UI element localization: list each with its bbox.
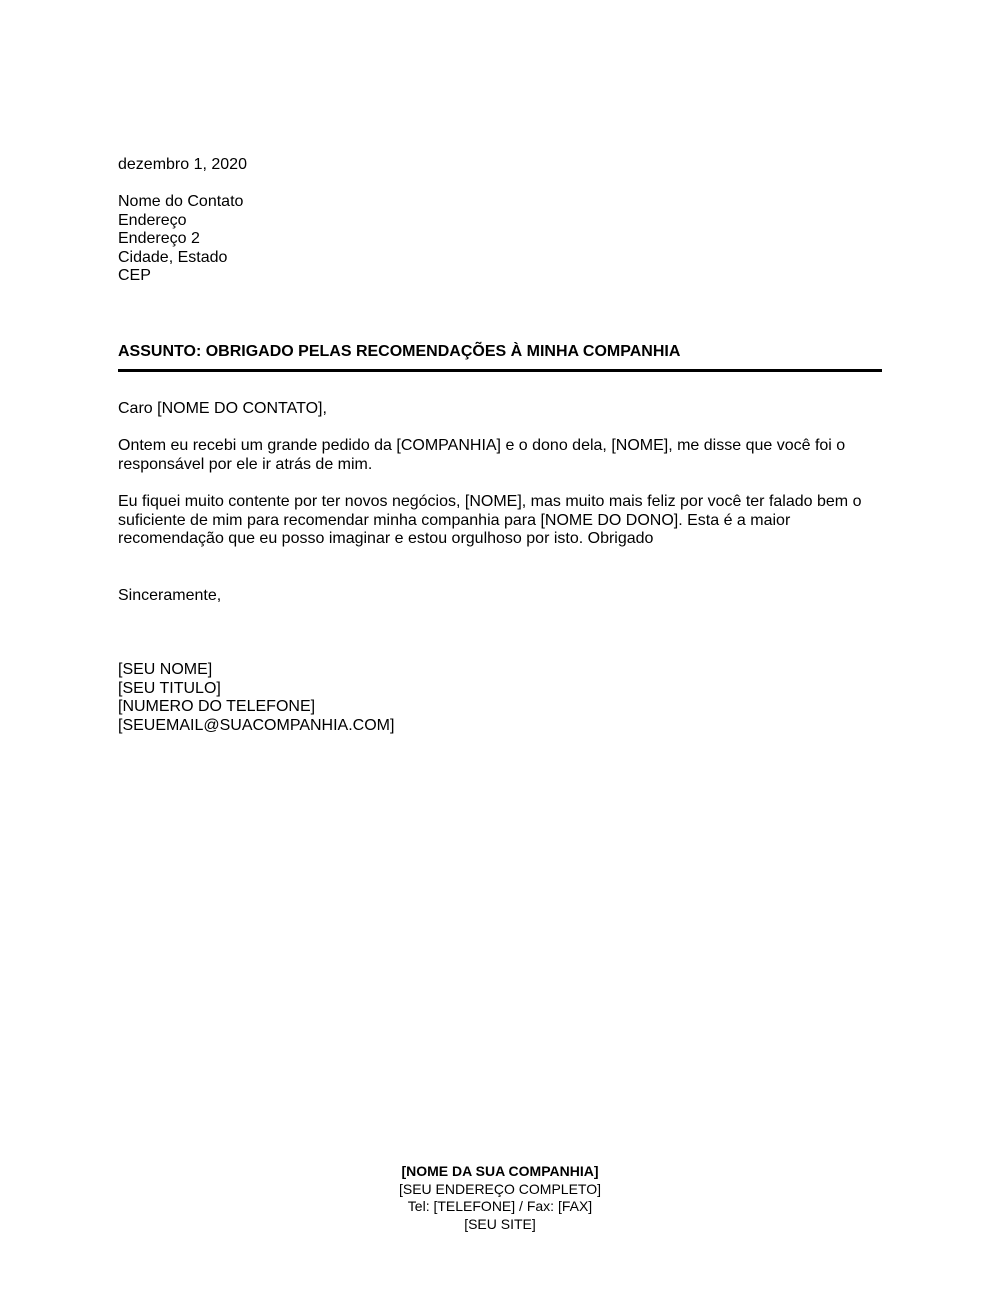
sender-name: [SEU NOME] xyxy=(118,661,394,680)
recipient-name: Nome do Contato xyxy=(118,193,243,212)
footer-contact: Tel: [TELEFONE] / Fax: [FAX] xyxy=(0,1198,1000,1216)
subject-line: ASSUNTO: OBRIGADO PELAS RECOMENDAÇÕES À … xyxy=(118,343,680,362)
footer-address: [SEU ENDEREÇO COMPLETO] xyxy=(0,1181,1000,1199)
footer-company-name: [NOME DA SUA COMPANHIA] xyxy=(0,1163,1000,1181)
paragraph-line: Eu fiquei muito contente por ter novos n… xyxy=(118,493,888,512)
footer-site: [SEU SITE] xyxy=(0,1216,1000,1234)
body-paragraph-1: Ontem eu recebi um grande pedido da [COM… xyxy=(118,437,888,474)
salutation: Caro [NOME DO CONTATO], xyxy=(118,400,327,419)
paragraph-line: Ontem eu recebi um grande pedido da [COM… xyxy=(118,437,888,456)
sender-phone: [NUMERO DO TELEFONE] xyxy=(118,698,394,717)
sender-email: [SEUEMAIL@SUACOMPANHIA.COM] xyxy=(118,717,394,736)
paragraph-line: suficiente de mim para recomendar minha … xyxy=(118,512,888,531)
signature-block: [SEU NOME] [SEU TITULO] [NUMERO DO TELEF… xyxy=(118,661,394,735)
subject-divider xyxy=(118,369,882,372)
recipient-address-line-1: Endereço xyxy=(118,212,243,231)
recipient-postal-code: CEP xyxy=(118,267,243,286)
paragraph-line: recomendação que eu posso imaginar e est… xyxy=(118,530,888,549)
paragraph-line: responsável por ele ir atrás de mim. xyxy=(118,456,888,475)
recipient-address-line-2: Endereço 2 xyxy=(118,230,243,249)
recipient-address-block: Nome do Contato Endereço Endereço 2 Cida… xyxy=(118,193,243,286)
recipient-city-state: Cidade, Estado xyxy=(118,249,243,268)
body-paragraph-2: Eu fiquei muito contente por ter novos n… xyxy=(118,493,888,549)
closing: Sinceramente, xyxy=(118,587,221,606)
letter-date: dezembro 1, 2020 xyxy=(118,156,247,175)
sender-title: [SEU TITULO] xyxy=(118,680,394,699)
letterhead-footer: [NOME DA SUA COMPANHIA] [SEU ENDEREÇO CO… xyxy=(0,1163,1000,1233)
